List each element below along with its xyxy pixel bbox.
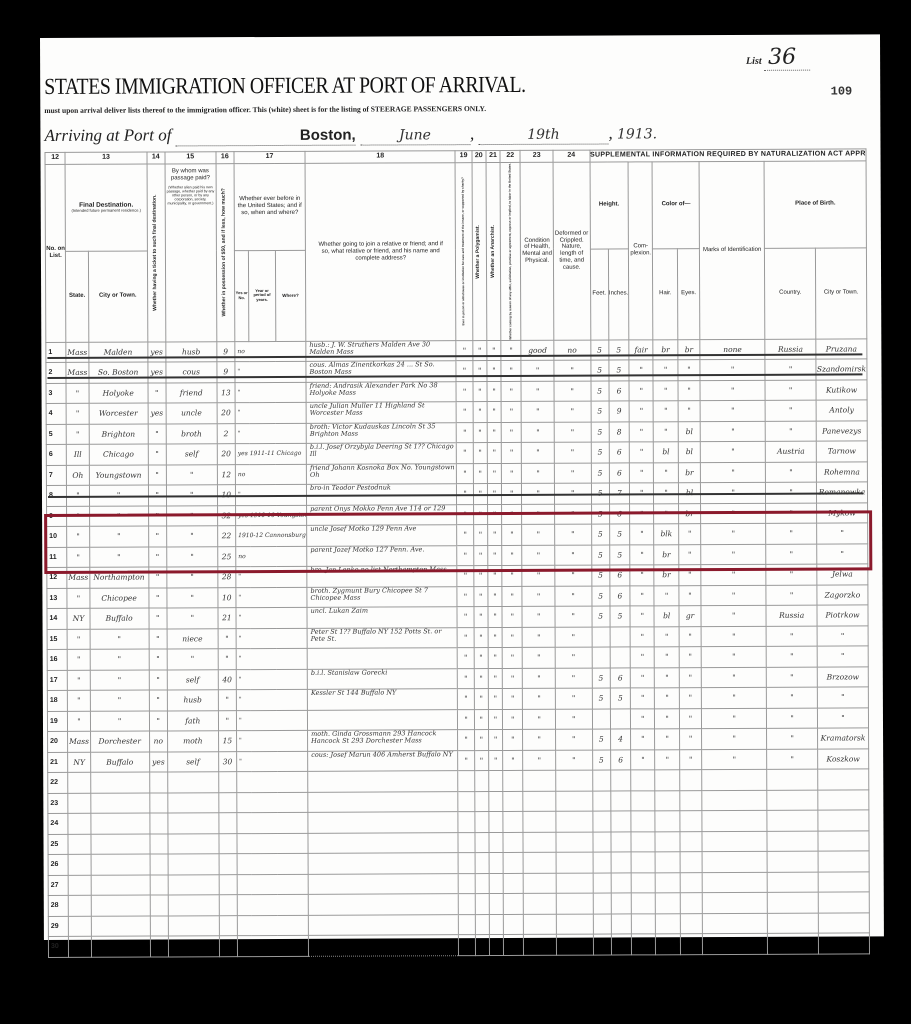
cell-feet: 5 bbox=[591, 463, 609, 484]
cell-feet: 5 bbox=[591, 524, 609, 545]
cell-col22 bbox=[504, 935, 524, 956]
cell-relative-address bbox=[308, 853, 458, 874]
cell-feet: 5 bbox=[591, 606, 609, 627]
cell-birth-city: Jelwa bbox=[817, 564, 868, 585]
cell-marks: " bbox=[700, 421, 765, 442]
cell-deformed bbox=[556, 873, 593, 894]
cell-condition: " bbox=[522, 586, 555, 607]
header-before-us: Whether ever before in the United States… bbox=[234, 163, 306, 250]
cell-before-us bbox=[237, 854, 308, 875]
cell-money bbox=[218, 772, 236, 793]
cell-condition bbox=[523, 832, 556, 853]
cell-hair: " bbox=[654, 462, 678, 483]
cell-deformed: " bbox=[555, 709, 592, 730]
cell-polygamist: " bbox=[473, 504, 487, 525]
cell-feet bbox=[592, 770, 610, 791]
cell-deformed: " bbox=[555, 647, 592, 668]
cell-state bbox=[68, 854, 90, 875]
cell-eyes: " bbox=[678, 380, 700, 401]
cell-relative-address bbox=[308, 771, 458, 792]
cell-col22: " bbox=[501, 463, 521, 484]
cell-hair: " bbox=[653, 380, 677, 401]
cell-birth-city bbox=[818, 892, 869, 913]
col-num-18: 18 bbox=[305, 151, 455, 164]
cell-col22: " bbox=[502, 566, 522, 587]
cell-anarchist: " bbox=[487, 443, 501, 464]
cell-complexion: " bbox=[630, 627, 654, 648]
cell-inches bbox=[611, 934, 631, 955]
cell-polygamist: " bbox=[474, 586, 488, 607]
cell-marks bbox=[702, 893, 767, 914]
col-num-23: 23 bbox=[520, 150, 553, 162]
cell-complexion: " bbox=[630, 524, 654, 545]
cell-col22 bbox=[503, 894, 523, 915]
cell-col19 bbox=[459, 894, 475, 915]
cell-ticket: yes bbox=[149, 752, 167, 773]
cell-state: " bbox=[68, 690, 90, 711]
cell-feet bbox=[592, 811, 610, 832]
cell-col22: " bbox=[501, 422, 521, 443]
cell-anarchist: " bbox=[487, 340, 501, 361]
cell-polygamist: " bbox=[474, 750, 488, 771]
cell-passage-paid: niece bbox=[167, 628, 218, 649]
cell-relative-address bbox=[308, 709, 458, 730]
cell-col22: " bbox=[502, 668, 522, 689]
cell-condition bbox=[523, 811, 556, 832]
cell-polygamist: " bbox=[474, 668, 488, 689]
cell-col19 bbox=[458, 771, 474, 792]
cell-polygamist bbox=[475, 873, 489, 894]
cell-condition bbox=[524, 893, 557, 914]
cell-inches bbox=[611, 832, 631, 853]
cell-col19 bbox=[458, 832, 474, 853]
cell-state: " bbox=[67, 547, 89, 568]
cell-polygamist: " bbox=[473, 361, 487, 382]
cell-before-us: yes 1910-10 Youngstown bbox=[235, 505, 306, 526]
cell-ticket bbox=[149, 772, 167, 793]
cell-city: Worcester bbox=[89, 403, 148, 424]
cell-condition: good bbox=[521, 340, 554, 361]
cell-state: Mass bbox=[66, 342, 88, 363]
row-number: 4 bbox=[46, 404, 66, 425]
cell-inches: 6 bbox=[609, 381, 629, 402]
cell-hair bbox=[656, 934, 680, 955]
cell-col22: " bbox=[502, 586, 522, 607]
header-eyes: Eyes. bbox=[677, 248, 700, 339]
cell-anarchist: " bbox=[487, 361, 501, 382]
cell-complexion bbox=[631, 914, 655, 935]
cell-eyes: br bbox=[678, 503, 700, 524]
cell-marks: " bbox=[701, 544, 766, 565]
cell-country: Austria bbox=[765, 441, 816, 462]
cell-birth-city: Kramatorsk bbox=[818, 728, 869, 749]
cell-col19: " bbox=[458, 668, 474, 689]
cell-country: " bbox=[765, 359, 816, 380]
cell-before-us: no bbox=[236, 546, 307, 567]
cell-passage-paid: " bbox=[166, 505, 217, 526]
cell-city: " bbox=[90, 690, 149, 711]
cell-city: " bbox=[90, 670, 149, 691]
cell-state: " bbox=[66, 383, 88, 404]
cell-col22 bbox=[503, 914, 523, 935]
cell-country: " bbox=[765, 380, 816, 401]
cell-ticket: yes bbox=[147, 342, 165, 363]
cell-complexion: " bbox=[630, 647, 654, 668]
cell-complexion: " bbox=[631, 750, 655, 771]
cell-eyes bbox=[680, 872, 702, 893]
cell-country bbox=[767, 769, 818, 790]
cell-money bbox=[219, 874, 237, 895]
cell-eyes: " bbox=[679, 667, 701, 688]
cell-passage-paid: broth bbox=[166, 423, 217, 444]
cell-col22: " bbox=[501, 443, 521, 464]
row-number: 26 bbox=[48, 855, 68, 876]
cell-anarchist: " bbox=[488, 668, 502, 689]
cell-passage-paid: fath bbox=[167, 710, 218, 731]
cell-state bbox=[69, 916, 91, 937]
cell-col19 bbox=[459, 935, 475, 956]
cell-passage-paid bbox=[168, 874, 219, 895]
cell-passage-paid: " bbox=[167, 608, 218, 629]
cell-feet bbox=[592, 647, 610, 668]
cell-before-us bbox=[237, 792, 308, 813]
header-passage-paid: By whom was passage paid? (Whether alien… bbox=[165, 164, 217, 342]
cell-money: " bbox=[218, 628, 236, 649]
cell-deformed bbox=[556, 914, 593, 935]
cell-deformed: " bbox=[554, 504, 591, 525]
col-num-20: 20 bbox=[472, 151, 486, 163]
cell-eyes bbox=[680, 852, 702, 873]
cell-ticket bbox=[150, 854, 168, 875]
cell-passage-paid: husb bbox=[167, 690, 218, 711]
header-hair: Hair. bbox=[653, 248, 678, 339]
header-color-of: Color of— bbox=[653, 162, 700, 249]
cell-deformed bbox=[556, 791, 593, 812]
cell-state: " bbox=[66, 403, 88, 424]
cell-money bbox=[219, 936, 237, 957]
cell-city: Holyoke bbox=[89, 383, 148, 404]
cell-city bbox=[91, 936, 150, 957]
cell-hair: " bbox=[655, 729, 679, 750]
cell-feet bbox=[593, 873, 611, 894]
cell-col22 bbox=[503, 873, 523, 894]
arrival-year: 1913. bbox=[617, 126, 657, 142]
cell-relative-address bbox=[308, 914, 458, 935]
cell-polygamist bbox=[475, 935, 489, 956]
cell-ticket: yes bbox=[148, 362, 166, 383]
cell-condition: " bbox=[523, 709, 556, 730]
cell-feet bbox=[593, 934, 611, 955]
cell-eyes: br bbox=[678, 462, 700, 483]
cell-col19: " bbox=[457, 443, 473, 464]
cell-anarchist bbox=[489, 914, 503, 935]
cell-inches bbox=[611, 893, 631, 914]
cell-country: Russia bbox=[765, 339, 816, 360]
cell-country: " bbox=[766, 544, 817, 565]
cell-marks: " bbox=[700, 401, 765, 422]
cell-ticket bbox=[149, 813, 167, 834]
cell-inches bbox=[610, 709, 630, 730]
cell-ticket: " bbox=[148, 526, 166, 547]
cell-ticket: " bbox=[148, 547, 166, 568]
row-number: 9 bbox=[47, 506, 67, 527]
cell-inches bbox=[611, 811, 631, 832]
header-col22: Whether coming by reason of any offer, s… bbox=[500, 162, 521, 340]
cell-city: " bbox=[89, 526, 148, 547]
cell-anarchist bbox=[489, 832, 503, 853]
cell-before-us: " bbox=[236, 649, 307, 670]
cell-col22: " bbox=[503, 709, 523, 730]
port-name: Boston, bbox=[300, 127, 356, 144]
cell-condition bbox=[523, 770, 556, 791]
cell-condition: " bbox=[523, 668, 556, 689]
cell-passage-paid: self bbox=[167, 751, 218, 772]
cell-polygamist bbox=[475, 914, 489, 935]
cell-before-us bbox=[237, 895, 308, 916]
cell-feet: 5 bbox=[591, 586, 609, 607]
cell-deformed bbox=[556, 934, 593, 955]
cell-col22: " bbox=[502, 627, 522, 648]
row-number: 13 bbox=[47, 588, 67, 609]
cell-deformed bbox=[556, 811, 593, 832]
col19-label: Ever in prison or almshouse or instituti… bbox=[462, 177, 466, 325]
manifest-sheet: List 36 109 STATES IMMIGRATION OFFICER A… bbox=[40, 34, 884, 940]
cell-money: 9 bbox=[216, 341, 234, 362]
header-money: Whether in possession of $50, and if les… bbox=[216, 164, 235, 342]
cell-eyes: " bbox=[679, 585, 701, 606]
cell-anarchist: " bbox=[488, 545, 502, 566]
cell-birth-city: " bbox=[817, 646, 868, 667]
table-row: 30 bbox=[48, 933, 869, 957]
cell-passage-paid: " bbox=[167, 546, 218, 567]
row-number: 24 bbox=[48, 814, 68, 835]
cell-country: " bbox=[767, 749, 818, 770]
cell-condition: " bbox=[523, 647, 556, 668]
cell-country: " bbox=[766, 503, 817, 524]
cell-marks bbox=[702, 770, 767, 791]
cell-city: " bbox=[89, 547, 148, 568]
cell-ticket: " bbox=[149, 711, 167, 732]
cell-country: " bbox=[767, 728, 818, 749]
cell-city bbox=[91, 916, 150, 937]
cell-eyes: " bbox=[678, 360, 700, 381]
cell-eyes bbox=[680, 934, 702, 955]
cell-before-us: " bbox=[236, 690, 307, 711]
cell-country: " bbox=[765, 400, 816, 421]
cell-feet bbox=[592, 627, 610, 648]
cell-polygamist bbox=[475, 894, 489, 915]
cell-marks: " bbox=[701, 606, 766, 627]
cell-col19: " bbox=[457, 566, 473, 587]
header-complexion: Com-plexion. bbox=[628, 162, 653, 340]
cell-complexion bbox=[631, 770, 655, 791]
cell-col19 bbox=[459, 914, 475, 935]
cell-country: " bbox=[766, 564, 817, 585]
header-where: Where? bbox=[275, 250, 306, 341]
cell-money bbox=[219, 813, 237, 834]
cell-col22: " bbox=[503, 750, 523, 771]
cell-eyes: " bbox=[679, 749, 701, 770]
cell-feet bbox=[593, 893, 611, 914]
cell-relative-address: moth. Ginda Grossmann 293 Hancock Hancoc… bbox=[308, 730, 458, 751]
cell-polygamist: " bbox=[473, 402, 487, 423]
cell-anarchist: " bbox=[489, 750, 503, 771]
cell-complexion bbox=[631, 852, 655, 873]
cell-before-us: 1910-12 Cannonsburg bbox=[236, 526, 307, 547]
cell-birth-city bbox=[818, 913, 869, 934]
cell-anarchist: " bbox=[488, 586, 502, 607]
cell-birth-city bbox=[818, 790, 869, 811]
cell-birth-city: Panevezys bbox=[816, 421, 867, 442]
cell-state: " bbox=[68, 711, 90, 732]
cell-marks bbox=[702, 831, 767, 852]
cell-feet: 5 bbox=[592, 729, 610, 750]
cell-money: 21 bbox=[218, 608, 236, 629]
cell-ticket: " bbox=[149, 649, 167, 670]
cell-passage-paid: husb bbox=[166, 341, 217, 362]
cell-city: Northampton bbox=[89, 567, 148, 588]
cell-col22: " bbox=[501, 402, 521, 423]
cell-money: 22 bbox=[217, 526, 235, 547]
cell-before-us: " bbox=[236, 608, 307, 629]
cell-state bbox=[68, 834, 90, 855]
cell-ticket bbox=[150, 936, 168, 957]
row-number: 17 bbox=[47, 670, 67, 691]
cell-deformed bbox=[556, 832, 593, 853]
cell-country bbox=[767, 851, 818, 872]
cell-ticket bbox=[150, 895, 168, 916]
cell-hair: " bbox=[653, 360, 677, 381]
cell-passage-paid bbox=[168, 854, 219, 875]
money-label: Whether in possession of $50, and if les… bbox=[222, 188, 228, 316]
cell-condition: " bbox=[522, 524, 555, 545]
cell-anarchist: " bbox=[488, 566, 502, 587]
cell-birth-city: Mykow bbox=[817, 503, 868, 524]
cell-hair: " bbox=[655, 749, 679, 770]
cell-country: " bbox=[766, 462, 817, 483]
cell-city: " bbox=[90, 629, 149, 650]
cell-anarchist bbox=[489, 853, 503, 874]
cell-state: NY bbox=[67, 608, 89, 629]
row-number: 20 bbox=[48, 732, 68, 753]
cell-passage-paid: " bbox=[167, 587, 218, 608]
cell-relative-address: cous: Josef Marun 406 Amherst Buffalo NY bbox=[308, 750, 458, 771]
cell-col19 bbox=[458, 853, 474, 874]
cell-before-us: " bbox=[235, 423, 306, 444]
cell-anarchist: " bbox=[488, 607, 502, 628]
cell-hair: " bbox=[655, 626, 679, 647]
row-number: 29 bbox=[48, 916, 68, 937]
cell-before-us: yes 1911-11 Chicago bbox=[235, 444, 306, 465]
cell-city: So. Boston bbox=[89, 362, 148, 383]
cell-marks: " bbox=[701, 503, 766, 524]
cell-ticket: " bbox=[149, 629, 167, 650]
cell-before-us bbox=[237, 813, 308, 834]
arriving-label: Arriving at Port of bbox=[44, 125, 171, 145]
cell-money: 20 bbox=[217, 403, 235, 424]
cell-col22: " bbox=[501, 381, 521, 402]
cell-relative-address: b.i.l. Josef Orzybyla Deering St 1?? Chi… bbox=[306, 443, 456, 464]
header-city: City or Town. bbox=[88, 251, 147, 342]
cell-eyes bbox=[680, 913, 702, 934]
cell-deformed: " bbox=[554, 442, 591, 463]
cell-ticket: " bbox=[148, 465, 166, 486]
cell-relative-address bbox=[308, 832, 458, 853]
cell-hair: br bbox=[653, 339, 677, 360]
cell-col19: " bbox=[458, 627, 474, 648]
cell-polygamist bbox=[475, 832, 489, 853]
cell-condition: " bbox=[522, 463, 555, 484]
cell-city: Dorchester bbox=[90, 731, 149, 752]
manifest-table: 12 13 14 15 16 17 18 19 20 21 22 23 24 S… bbox=[44, 148, 869, 922]
cell-state: " bbox=[67, 629, 89, 650]
cell-passage-paid bbox=[168, 915, 219, 936]
col-num-24: 24 bbox=[553, 150, 590, 162]
cell-anarchist bbox=[489, 791, 503, 812]
cell-col19: " bbox=[458, 750, 474, 771]
cell-hair: " bbox=[654, 401, 678, 422]
cell-inches bbox=[611, 914, 631, 935]
col-num-16: 16 bbox=[216, 152, 234, 164]
cell-deformed: " bbox=[555, 627, 592, 648]
cell-country bbox=[767, 790, 818, 811]
cell-feet: 5 bbox=[590, 340, 608, 361]
row-number: 10 bbox=[47, 527, 67, 548]
cell-anarchist: " bbox=[487, 402, 501, 423]
cell-marks bbox=[702, 811, 767, 832]
cell-hair: " bbox=[655, 688, 679, 709]
cell-feet: 5 bbox=[591, 442, 609, 463]
passenger-rows: 1 Mass Malden yes husb 9 no husb.: J. W.… bbox=[46, 339, 870, 958]
header-place-of-birth: Place of Birth. bbox=[764, 161, 866, 248]
cell-ticket: " bbox=[148, 567, 166, 588]
cell-passage-paid: friend bbox=[166, 382, 217, 403]
cell-col22: " bbox=[503, 730, 523, 751]
cell-feet bbox=[593, 852, 611, 873]
cell-col22: " bbox=[501, 361, 521, 382]
cell-state: " bbox=[68, 670, 90, 691]
cell-anarchist: " bbox=[487, 504, 501, 525]
cell-polygamist: " bbox=[473, 340, 487, 361]
cell-birth-city: Kutikow bbox=[816, 380, 867, 401]
cell-money bbox=[219, 833, 237, 854]
cell-polygamist: " bbox=[473, 525, 487, 546]
cell-inches: 5 bbox=[609, 360, 629, 381]
cell-deformed: " bbox=[554, 401, 591, 422]
cell-passage-paid: " bbox=[167, 526, 218, 547]
cell-inches bbox=[610, 627, 630, 648]
header-anarchist: Whether an Anarchist. bbox=[486, 162, 501, 340]
cell-relative-address: friend Johann Kosnoka Box No. Youngstown… bbox=[306, 463, 456, 484]
cell-money: 10 bbox=[218, 587, 236, 608]
cell-before-us bbox=[237, 936, 308, 957]
header-height: Height. bbox=[590, 162, 629, 249]
cell-condition: " bbox=[522, 606, 555, 627]
cell-inches: 5 bbox=[609, 524, 629, 545]
cell-relative-address: bro. Jan Lenko no list Northampton Mass bbox=[307, 566, 457, 587]
cell-hair: br bbox=[654, 544, 678, 565]
cell-state: " bbox=[67, 588, 89, 609]
cell-col22: " bbox=[502, 648, 522, 669]
cell-ticket: " bbox=[148, 444, 166, 465]
cell-eyes: br bbox=[678, 339, 700, 360]
cell-money: 40 bbox=[218, 669, 236, 690]
cell-city bbox=[91, 895, 150, 916]
cell-polygamist bbox=[474, 791, 488, 812]
cell-hair bbox=[656, 872, 680, 893]
cell-polygamist: " bbox=[473, 566, 487, 587]
cell-state bbox=[68, 772, 90, 793]
